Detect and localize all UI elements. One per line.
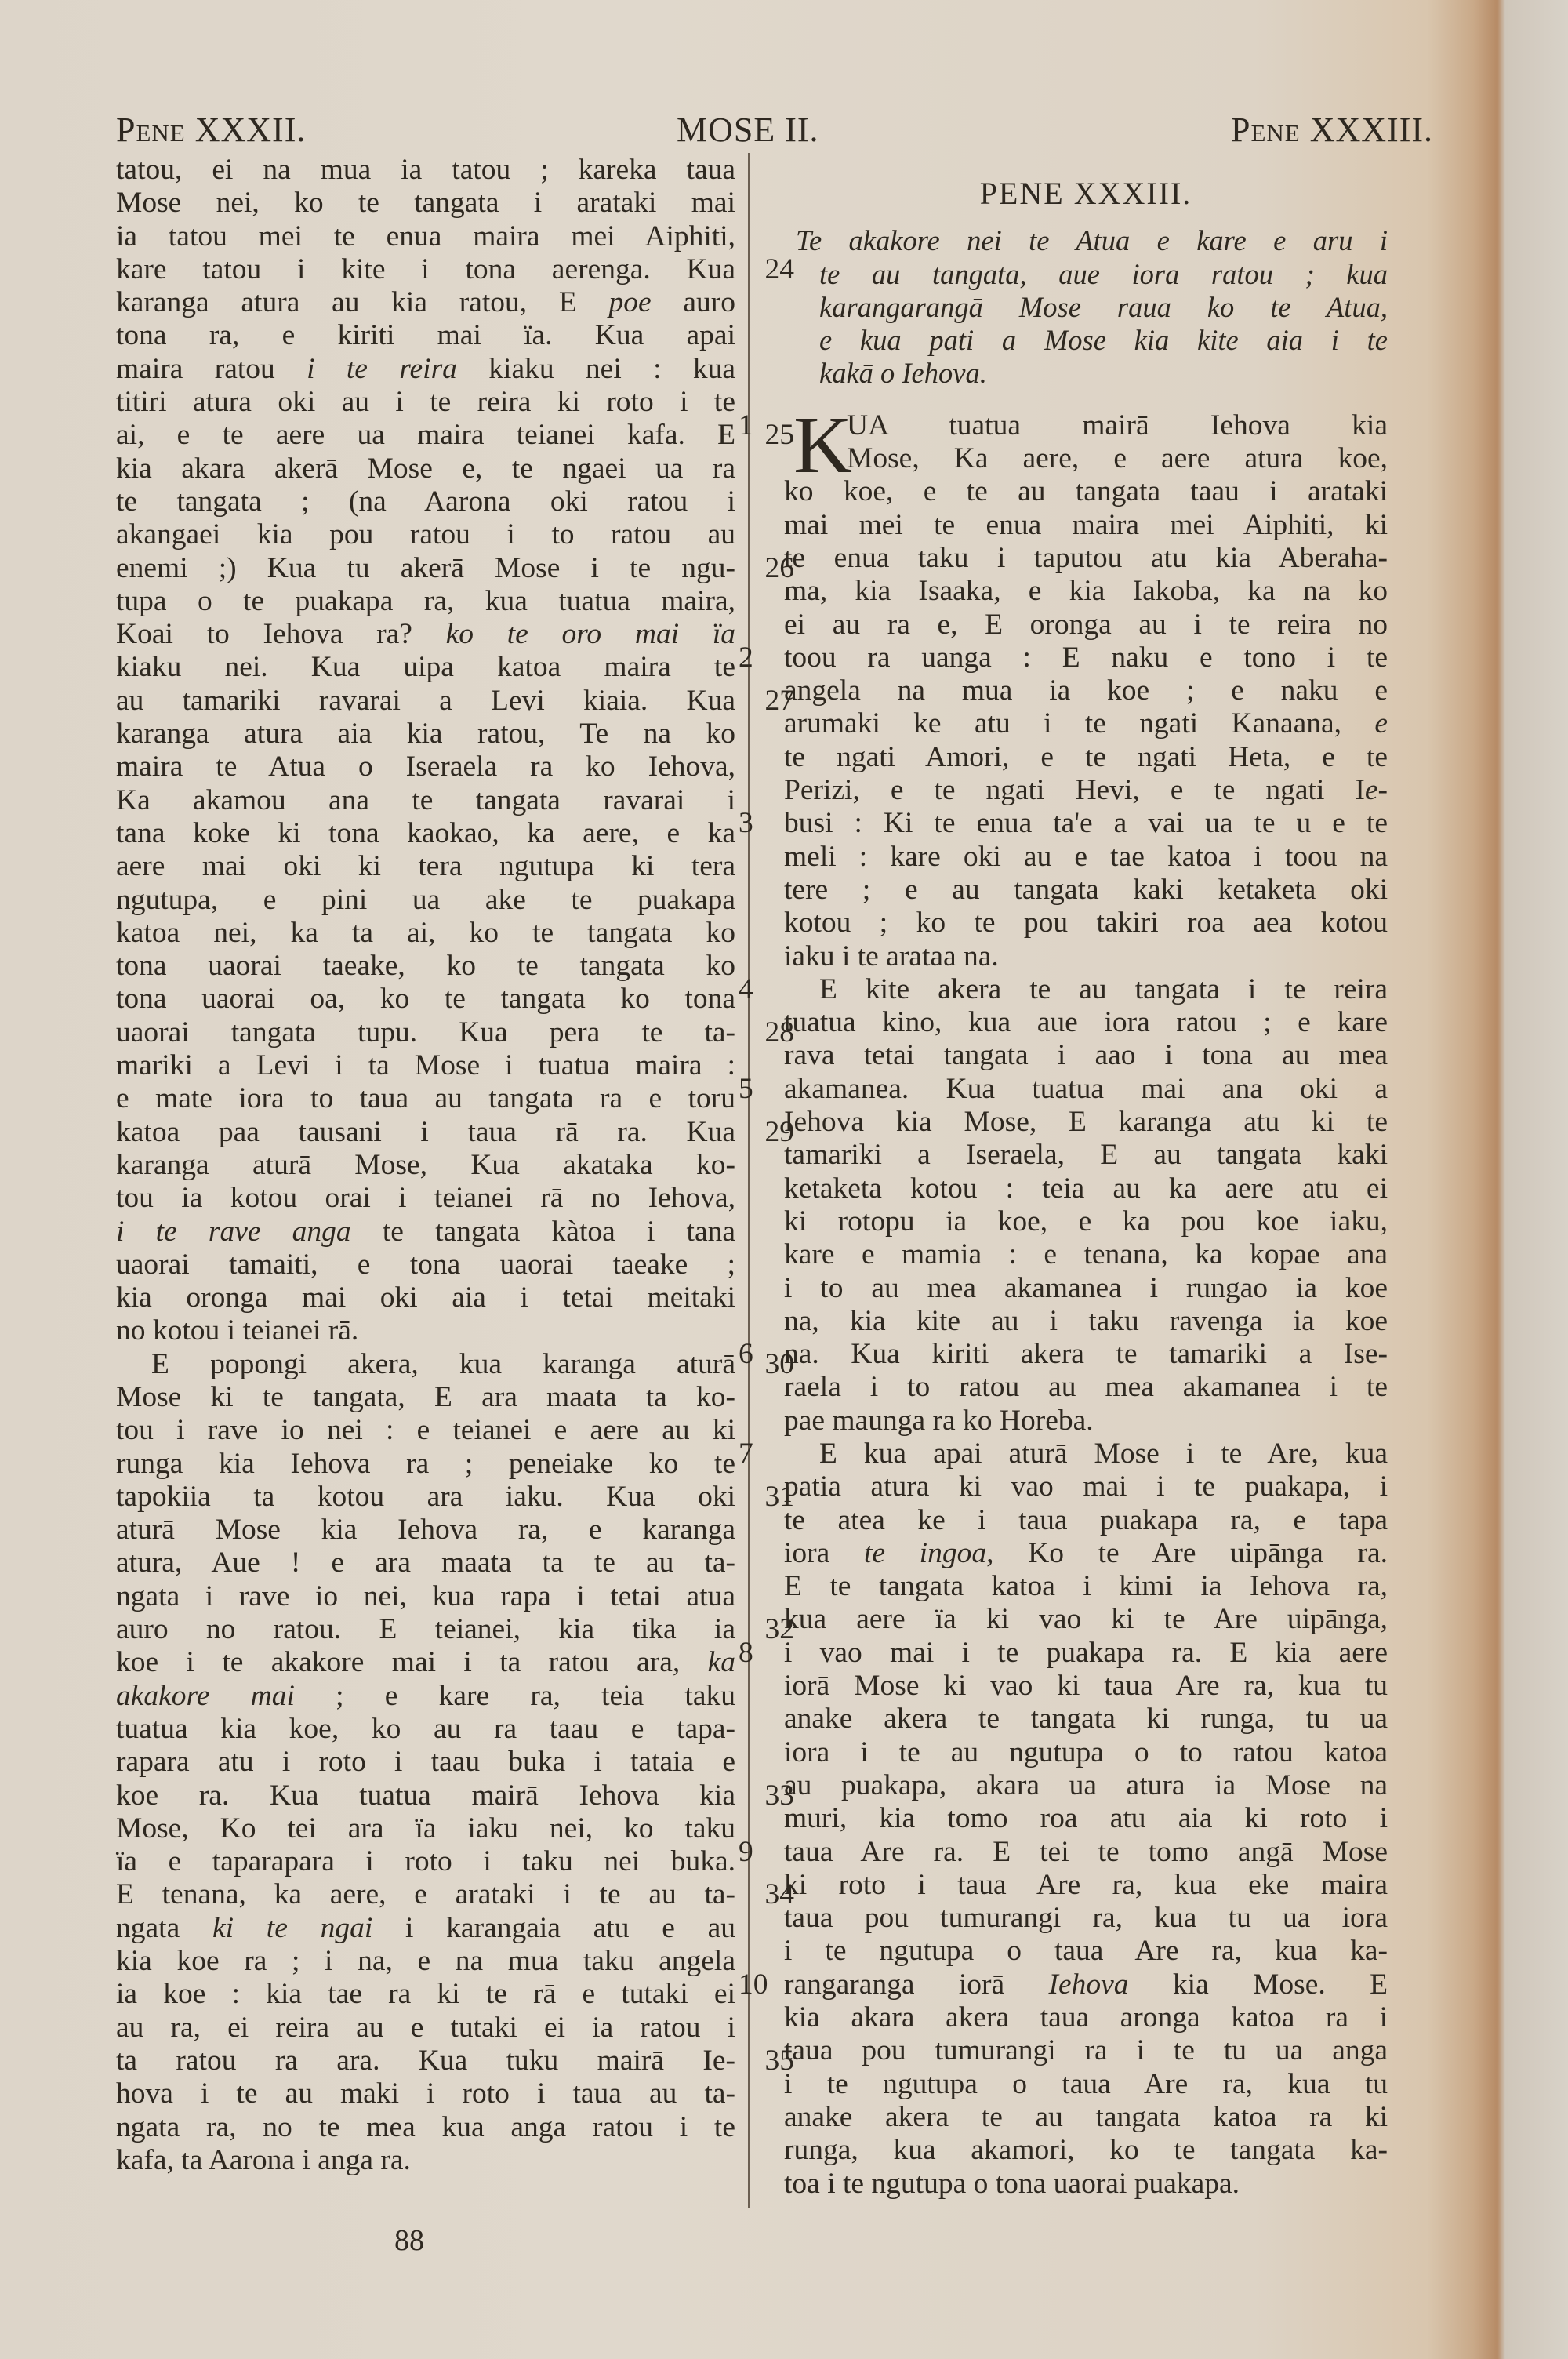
text-line: toou ra uanga : E naku e tono i te2 xyxy=(784,642,1388,674)
running-header: Pene XXXII. MOSE II. Pene XXXIII. xyxy=(116,110,1433,157)
text-line: kia oronga mai oki aia i tetai meitaki xyxy=(116,1281,735,1314)
text-line: kiaku nei. Kua uipa katoa maira te xyxy=(116,651,735,684)
text-line: kia koe ra ; i na, e na mua taku angela xyxy=(116,1945,735,1978)
line-text: maira te Atua o Iseraela ra ko Iehova, xyxy=(116,751,735,783)
summary-line: e kua pati a Mose kia kite aia i te xyxy=(819,324,1388,357)
text-line: anake akera te tangata ki runga, tu ua xyxy=(784,1703,1388,1736)
line-text: tuatua kino, kua aue iora ratou ; e kare xyxy=(784,1006,1388,1038)
text-line: patia atura ki vao mai i te puakapa, i xyxy=(784,1470,1388,1503)
line-text: Ka akamou ana te tangata ravarai i xyxy=(116,784,735,816)
text-line: tuatua kino, kua aue iora ratou ; e kare xyxy=(784,1006,1388,1039)
line-text: no kotou i teianei rā. xyxy=(116,1314,358,1347)
text-line: ngata ki te ngai i karangaia atu e au xyxy=(116,1912,735,1945)
text-line: runga, kua akamori, ko te tangata ka- xyxy=(784,2134,1388,2167)
line-text: ki rotopu ia koe, e ka pou koe iaku, xyxy=(784,1205,1388,1238)
line-text: tuatua kia koe, ko au ra taau e tapa- xyxy=(116,1713,735,1745)
text-line: anake akera te au tangata katoa ra ki xyxy=(784,2101,1388,2134)
text-line: E kite akera te au tangata i te reira4 xyxy=(784,973,1388,1006)
text-line: akangaei kia pou ratou i to ratou au xyxy=(116,518,735,551)
text-line: maira te Atua o Iseraela ra ko Iehova, xyxy=(116,751,735,783)
line-text: iora i te au ngutupa o to ratou katoa xyxy=(784,1736,1388,1768)
text-line: rangaranga iorā Iehova kia Mose. E10 xyxy=(784,1968,1388,2001)
line-text: atura, Aue ! e ara maata ta te au ta- xyxy=(116,1547,735,1579)
text-line: ia tatou mei te enua maira mei Aiphiti, xyxy=(116,220,735,253)
text-line: au tamariki ravarai a Levi kiaia. Kua27 xyxy=(116,685,735,718)
line-text: busi : Ki te enua ta'e a vai ua te u e t… xyxy=(784,807,1388,839)
text-line: na. Kua kiriti akera te tamariki a Ise-6 xyxy=(784,1338,1388,1371)
line-text: i to au mea akamanea i rungao ia koe xyxy=(784,1272,1388,1304)
line-text: kia oronga mai oki aia i tetai meitaki xyxy=(116,1281,735,1314)
line-text: tupa o te puakapa ra, kua tuatua maira, xyxy=(116,585,735,617)
text-line: kare e mamia : e tenana, ka kopae ana xyxy=(784,1238,1388,1271)
verse-number: 4 xyxy=(739,973,753,1006)
text-line: te tangata ; (na Aarona oki ratou i xyxy=(116,485,735,518)
text-line: ngata ra, no te mea kua anga ratou i te xyxy=(116,2111,735,2144)
text-line: tou i rave io nei : e teianei e aere au … xyxy=(116,1414,735,1447)
header-left-chapter: Pene XXXII. xyxy=(116,110,306,150)
line-text: Mose nei, ko te tangata i arataki mai xyxy=(116,187,735,219)
line-text: tou ia kotou orai i teianei rā no Iehova… xyxy=(116,1182,735,1214)
text-line: iora te ingoa, Ko te Are uipānga ra. xyxy=(784,1537,1388,1570)
text-line: atura, Aue ! e ara maata ta te au ta- xyxy=(116,1547,735,1579)
text-line: ki rotopu ia koe, e ka pou koe iaku, xyxy=(784,1205,1388,1238)
text-line: aere mai oki ki tera ngutupa ki tera xyxy=(116,850,735,883)
line-text: i te rave anga te tangata kàtoa i tana xyxy=(116,1216,735,1248)
chapter-summary: Te akakore nei te Atua e kare e aru ite … xyxy=(784,224,1388,409)
line-text: akakore mai ; e kare ra, teia taku xyxy=(116,1680,735,1712)
text-line: arumaki ke atu i te ngati Kanaana, e xyxy=(784,707,1388,740)
text-line: meli : kare oki au e tae katoa i toou na xyxy=(784,841,1388,874)
text-line: karanga atura au kia ratou, E poe auro xyxy=(116,286,735,319)
line-text: mai mei te enua maira mei Aiphiti, ki xyxy=(784,509,1388,541)
text-line: ngutupa, e pini ua ake te puakapa xyxy=(116,884,735,917)
line-text: kare tatou i kite i tona aerenga. Kua xyxy=(116,253,735,285)
line-text: koe ra. Kua tuatua mairā Iehova kia xyxy=(116,1779,735,1812)
right-column: PENE XXXIII. Te akakore nei te Atua e ka… xyxy=(784,154,1388,2201)
line-text: E kua apai aturā Mose i te Are, kua xyxy=(819,1438,1388,1470)
text-line: taua Are ra. E tei te tomo angā Mose9 xyxy=(784,1836,1388,1869)
text-line: ei au ra e, E oronga au i te reira no xyxy=(784,609,1388,642)
line-text: karanga atura aia kia ratou, Te na ko xyxy=(116,718,735,750)
header-right-chapter: Pene XXXIII. xyxy=(1231,110,1433,150)
text-line: titiri atura oki au i te reira ki roto i… xyxy=(116,386,735,419)
text-line: ai, e te aere ua maira teianei kafa. E25 xyxy=(116,419,735,452)
line-text: kia akara akerā Mose e, te ngaei ua ra xyxy=(116,453,735,485)
line-text: i te ngutupa o taua Are ra, kua tu xyxy=(784,2068,1388,2100)
text-line: iorā Mose ki vao ki taua Are ra, kua tu xyxy=(784,1670,1388,1703)
text-line: tona uaorai oa, ko te tangata ko tona xyxy=(116,983,735,1016)
line-text: kafa, ta Aarona i anga ra. xyxy=(116,2144,411,2176)
line-text: ketaketa kotou : teia au ka aere atu ei xyxy=(784,1172,1388,1205)
text-line: akamanea. Kua tuatua mai ana oki a5 xyxy=(784,1073,1388,1106)
text-line: e mate iora to taua au tangata ra e toru xyxy=(116,1082,735,1115)
header-book-title: MOSE II. xyxy=(677,110,819,150)
line-text: tona uaorai oa, ko te tangata ko tona xyxy=(116,983,735,1015)
line-text: ta ratou ra ara. Kua tuku mairā Ie- xyxy=(116,2045,735,2077)
column-divider xyxy=(748,153,750,2208)
text-line: Mose, Ko tei ara ïa iaku nei, ko taku xyxy=(116,1812,735,1845)
line-text: au ra, ei reira au e tutaki ei ia ratou … xyxy=(116,2012,735,2044)
text-line: enemi ;) Kua tu akerā Mose i te ngu-26 xyxy=(116,552,735,585)
line-text: raela i to ratou au mea akamanea i te xyxy=(784,1371,1388,1403)
text-line: runga kia Iehova ra ; peneiake ko te xyxy=(116,1448,735,1481)
line-text: uaorai tamaiti, e tona uaorai taeake ; xyxy=(116,1249,735,1281)
line-text: akangaei kia pou ratou i to ratou au xyxy=(116,518,735,551)
line-text: arumaki ke atu i te ngati Kanaana, e xyxy=(784,707,1388,740)
text-line: uaorai tangata tupu. Kua pera te ta-28 xyxy=(116,1016,735,1049)
text-line: E kua apai aturā Mose i te Are, kua7 xyxy=(784,1438,1388,1470)
line-text: ngata ki te ngai i karangaia atu e au xyxy=(116,1912,735,1944)
line-text: au tamariki ravarai a Levi kiaia. Kua xyxy=(116,685,735,717)
text-line: auro no ratou. E teianei, kia tika ia32 xyxy=(116,1613,735,1646)
line-text: Mose ki te tangata, E ara maata ta ko- xyxy=(116,1381,735,1413)
text-line: E tenana, ka aere, e arataki i te au ta-… xyxy=(116,1878,735,1911)
line-text: meli : kare oki au e tae katoa i toou na xyxy=(784,841,1388,873)
text-line: taua pou tumurangi ra, kua tu ua iora xyxy=(784,1902,1388,1935)
text-line: E te tangata katoa i kimi ia Iehova ra, xyxy=(784,1570,1388,1603)
text-line: tapokiia ta kotou ara iaku. Kua oki31 xyxy=(116,1481,735,1514)
text-line: te atea ke i taua puakapa ra, e tapa xyxy=(784,1504,1388,1537)
line-text: te tangata ; (na Aarona oki ratou i xyxy=(116,485,735,518)
text-line: ma, kia Isaaka, e kia Iakoba, ka na ko xyxy=(784,575,1388,608)
text-line: Koai to Iehova ra? ko te oro mai ïa xyxy=(116,618,735,651)
text-line: katoa nei, ka ta ai, ko te tangata ko xyxy=(116,917,735,950)
line-text: patia atura ki vao mai i te puakapa, i xyxy=(784,1470,1388,1503)
line-text: karanga atura au kia ratou, E poe auro xyxy=(116,286,735,318)
verse-number: 9 xyxy=(739,1836,753,1869)
line-text: enemi ;) Kua tu akerā Mose i te ngu- xyxy=(116,552,735,584)
line-text: anake akera te tangata ki runga, tu ua xyxy=(784,1703,1388,1735)
text-line: akakore mai ; e kare ra, teia taku xyxy=(116,1680,735,1713)
text-line: ta ratou ra ara. Kua tuku mairā Ie-35 xyxy=(116,2045,735,2077)
line-text: ia koe : kia tae ra ki te rā e tutaki ei xyxy=(116,1978,735,2010)
text-line: koe i te akakore mai i ta ratou ara, ka xyxy=(116,1646,735,1679)
text-line: i to au mea akamanea i rungao ia koe xyxy=(784,1272,1388,1305)
text-line: maira ratou i te reira kiaku nei : kua xyxy=(116,353,735,386)
text-line: tamariki a Iseraela, E au tangata kaki xyxy=(784,1139,1388,1172)
text-line: kare tatou i kite i tona aerenga. Kua24 xyxy=(116,253,735,286)
line-text: tana koke ki tona kaokao, ka aere, e ka xyxy=(116,817,735,849)
line-text: uaorai tangata tupu. Kua pera te ta- xyxy=(116,1016,735,1049)
text-line: i vao mai i te puakapa ra. E kia aere8 xyxy=(784,1637,1388,1670)
line-text: te ngati Amori, e te ngati Heta, e te xyxy=(784,741,1388,773)
text-line: au ra, ei reira au e tutaki ei ia ratou … xyxy=(116,2012,735,2045)
line-text: ai, e te aere ua maira teianei kafa. E xyxy=(116,419,735,451)
line-text: taua Are ra. E tei te tomo angā Mose xyxy=(784,1836,1388,1868)
text-line: ngata i rave io nei, kua rapa i tetai at… xyxy=(116,1580,735,1613)
text-line: Mose, Ka aere, e aere atura koe, xyxy=(784,442,1388,475)
text-line: Iehova kia Mose, E karanga atu ki te xyxy=(784,1106,1388,1139)
line-text: maira ratou i te reira kiaku nei : kua xyxy=(116,353,735,385)
text-line: kia akara akera taua aronga katoa ra i xyxy=(784,2001,1388,2034)
line-text: E kite akera te au tangata i te reira xyxy=(819,973,1388,1005)
line-text: na, kia kite au i taku ravenga ia koe xyxy=(784,1305,1388,1337)
text-line: Mose ki te tangata, E ara maata ta ko- xyxy=(116,1381,735,1414)
text-line: ia koe : kia tae ra ki te rā e tutaki ei xyxy=(116,1978,735,2011)
line-text: koe i te akakore mai i ta ratou ara, ka xyxy=(116,1646,735,1678)
line-text: mariki a Levi i ta Mose i tuatua maira : xyxy=(116,1049,735,1081)
line-text: tapokiia ta kotou ara iaku. Kua oki xyxy=(116,1481,735,1513)
text-line: iaku i te arataa na. xyxy=(784,940,1388,973)
line-text: rava tetai tangata i aao i tona au mea xyxy=(784,1039,1388,1071)
line-text: Mose, Ko tei ara ïa iaku nei, ko taku xyxy=(116,1812,735,1845)
line-text: ki roto i taua Are ra, kua eke maira xyxy=(784,1869,1388,1901)
text-line: kia akara akerā Mose e, te ngaei ua ra xyxy=(116,453,735,485)
text-line: tere ; e au tangata kaki ketaketa oki xyxy=(784,874,1388,907)
text-line: au puakapa, akara ua atura ia Mose na xyxy=(784,1769,1388,1802)
summary-line: kakā o Iehova. xyxy=(819,357,1388,390)
line-text: te atea ke i taua puakapa ra, e tapa xyxy=(784,1504,1388,1536)
text-line: te enua taku i taputou atu kia Aberaha- xyxy=(784,542,1388,575)
text-line: koe ra. Kua tuatua mairā Iehova kia33 xyxy=(116,1779,735,1812)
verse-number: 2 xyxy=(739,642,753,674)
line-text: ngutupa, e pini ua ake te puakapa xyxy=(116,884,735,916)
line-text: Perizi, e te ngati Hevi, e te ngati Ie- xyxy=(784,774,1388,806)
line-text: pae maunga ra ko Horeba. xyxy=(784,1405,1094,1437)
line-text: tere ; e au tangata kaki ketaketa oki xyxy=(784,874,1388,906)
line-text: tatou, ei na mua ia tatou ; kareka taua xyxy=(116,154,735,186)
text-line: Perizi, e te ngati Hevi, e te ngati Ie- xyxy=(784,774,1388,807)
line-text: kua aere ïa ki vao ki te Are uipānga, xyxy=(784,1603,1388,1635)
line-text: anake akera te au tangata katoa ra ki xyxy=(784,2101,1388,2133)
summary-line: te au tangata, aue iora ratou ; kua xyxy=(819,258,1388,291)
line-text: kiaku nei. Kua uipa katoa maira te xyxy=(116,651,735,683)
line-text: ïa e taparapara i roto i taku nei buka. xyxy=(116,1845,735,1877)
line-text: i vao mai i te puakapa ra. E kia aere xyxy=(784,1637,1388,1669)
text-line: angela na mua ia koe ; e naku e xyxy=(784,674,1388,707)
line-text: ko koe, e te au tangata taau i arataki xyxy=(784,475,1388,507)
line-text: taua pou tumurangi ra i te tu ua anga xyxy=(784,2034,1388,2066)
verse-number: 5 xyxy=(739,1073,753,1106)
text-line: mariki a Levi i ta Mose i tuatua maira : xyxy=(116,1049,735,1082)
text-line: Ka akamou ana te tangata ravarai i xyxy=(116,784,735,817)
line-text: tona uaorai taeake, ko te tangata ko xyxy=(116,950,735,982)
line-text: taua pou tumurangi ra, kua tu ua iora xyxy=(784,1902,1388,1934)
line-text: E te tangata katoa i kimi ia Iehova ra, xyxy=(784,1570,1388,1602)
text-line: ketaketa kotou : teia au ka aere atu ei xyxy=(784,1172,1388,1205)
text-line: tuatua kia koe, ko au ra taau e tapa- xyxy=(116,1713,735,1746)
line-text: tamariki a Iseraela, E au tangata kaki xyxy=(784,1139,1388,1171)
line-text: tona ra, e kiriti mai ïa. Kua apai xyxy=(116,319,735,351)
line-text: rangaranga iorā Iehova kia Mose. E xyxy=(784,1968,1388,2001)
line-text: toou ra uanga : E naku e tono i te xyxy=(784,642,1388,674)
line-text: ia tatou mei te enua maira mei Aiphiti, xyxy=(116,220,735,253)
line-text: auro no ratou. E teianei, kia tika ia xyxy=(116,1613,735,1645)
line-text: kia akara akera taua aronga katoa ra i xyxy=(784,2001,1388,2034)
line-text: UA tuatua mairā Iehova kia xyxy=(847,409,1388,442)
line-text: ngata ra, no te mea kua anga ratou i te xyxy=(116,2111,735,2143)
line-text: Iehova kia Mose, E karanga atu ki te xyxy=(784,1106,1388,1138)
line-text: karanga aturā Mose, Kua akataka ko- xyxy=(116,1149,735,1181)
text-line: i te ngutupa o taua Are ra, kua tu xyxy=(784,2068,1388,2101)
line-text: aere mai oki ki tera ngutupa ki tera xyxy=(116,850,735,882)
text-line: raela i to ratou au mea akamanea i te xyxy=(784,1371,1388,1404)
next-page-edge xyxy=(1517,1565,1568,1964)
chapter-title: PENE XXXIII. xyxy=(784,177,1388,210)
text-line: ïa e taparapara i roto i taku nei buka. xyxy=(116,1845,735,1878)
line-text: angela na mua ia koe ; e naku e xyxy=(784,674,1388,707)
verse-number: 10 xyxy=(739,1968,768,2001)
line-text: hova i te au maki i roto i taua au ta- xyxy=(116,2077,735,2110)
text-line: tupa o te puakapa ra, kua tuatua maira, xyxy=(116,585,735,618)
line-text: e mate iora to taua au tangata ra e toru xyxy=(116,1082,735,1114)
book-page: Pene XXXII. MOSE II. Pene XXXIII. tatou,… xyxy=(0,0,1568,2359)
text-line: iora i te au ngutupa o to ratou katoa xyxy=(784,1736,1388,1769)
line-text: kare e mamia : e tenana, ka kopae ana xyxy=(784,1238,1388,1270)
text-line: tana koke ki tona kaokao, ka aere, e ka xyxy=(116,817,735,850)
line-text: muri, kia tomo roa atu aia ki roto i xyxy=(784,1802,1388,1834)
text-line: i te ngutupa o taua Are ra, kua ka- xyxy=(784,1935,1388,1968)
verse-number: 7 xyxy=(739,1438,753,1470)
text-line: kua aere ïa ki vao ki te Are uipānga, xyxy=(784,1603,1388,1636)
line-text: E popongi akera, kua karanga aturā xyxy=(151,1348,735,1380)
text-line: mai mei te enua maira mei Aiphiti, ki xyxy=(784,509,1388,542)
text-line: no kotou i teianei rā. xyxy=(116,1314,735,1347)
text-line: rapara atu i roto i taau buka i tataia e xyxy=(116,1746,735,1779)
text-line: karanga atura aia kia ratou, Te na ko xyxy=(116,718,735,751)
summary-line: Te akakore nei te Atua e kare e aru i xyxy=(796,224,1388,257)
text-line: i te rave anga te tangata kàtoa i tana xyxy=(116,1216,735,1249)
line-text: te enua taku i taputou atu kia Aberaha- xyxy=(784,542,1388,574)
text-line: Mose nei, ko te tangata i arataki mai xyxy=(116,187,735,220)
text-line: na, kia kite au i taku ravenga ia koe xyxy=(784,1305,1388,1338)
line-text: na. Kua kiriti akera te tamariki a Ise- xyxy=(784,1338,1388,1370)
line-text: kia koe ra ; i na, e na mua taku angela xyxy=(116,1945,735,1977)
line-text: Mose, Ka aere, e aere atura koe, xyxy=(847,442,1388,474)
text-line: katoa paa tausani i taua rā ra. Kua29 xyxy=(116,1116,735,1149)
verse-number: 8 xyxy=(739,1637,753,1670)
line-text: rapara atu i roto i taau buka i tataia e xyxy=(116,1746,735,1778)
line-text: akamanea. Kua tuatua mai ana oki a xyxy=(784,1073,1388,1105)
text-line: busi : Ki te enua ta'e a vai ua te u e t… xyxy=(784,807,1388,840)
text-line: tou ia kotou orai i teianei rā no Iehova… xyxy=(116,1182,735,1215)
text-line: kotou ; ko te pou takiri roa aea kotou xyxy=(784,907,1388,940)
line-text: katoa paa tausani i taua rā ra. Kua xyxy=(116,1116,735,1148)
text-line: tatou, ei na mua ia tatou ; kareka taua xyxy=(116,154,735,187)
text-line: muri, kia tomo roa atu aia ki roto i xyxy=(784,1802,1388,1835)
text-line: kafa, ta Aarona i anga ra. xyxy=(116,2144,735,2177)
line-text: au puakapa, akara ua atura ia Mose na xyxy=(784,1769,1388,1801)
line-text: tou i rave io nei : e teianei e aere au … xyxy=(116,1414,735,1446)
text-line: tona uaorai taeake, ko te tangata ko xyxy=(116,950,735,983)
text-line: toa i te ngutupa o tona uaorai puakapa. xyxy=(784,2168,1388,2201)
line-text: ei au ra e, E oronga au i te reira no xyxy=(784,609,1388,641)
text-line: tona ra, e kiriti mai ïa. Kua apai xyxy=(116,319,735,352)
line-text: i te ngutupa o taua Are ra, kua ka- xyxy=(784,1935,1388,1967)
text-line: ki roto i taua Are ra, kua eke maira xyxy=(784,1869,1388,1902)
text-line: hova i te au maki i roto i taua au ta- xyxy=(116,2077,735,2110)
line-text: runga, kua akamori, ko te tangata ka- xyxy=(784,2134,1388,2166)
line-text: Koai to Iehova ra? ko te oro mai ïa xyxy=(116,618,735,650)
text-line: ko koe, e te au tangata taau i arataki xyxy=(784,475,1388,508)
verse-number: 6 xyxy=(739,1338,753,1371)
line-text: E tenana, ka aere, e arataki i te au ta- xyxy=(116,1878,735,1910)
text-line: rava tetai tangata i aao i tona au mea xyxy=(784,1039,1388,1072)
line-text: iorā Mose ki vao ki taua Are ra, kua tu xyxy=(784,1670,1388,1702)
summary-line: karangarangā Mose raua ko te Atua, xyxy=(819,291,1388,324)
line-text: toa i te ngutupa o tona uaorai puakapa. xyxy=(784,2168,1240,2200)
verse-number: 3 xyxy=(739,807,753,840)
text-line: E popongi akera, kua karanga aturā30 xyxy=(116,1348,735,1381)
text-line: karanga aturā Mose, Kua akataka ko- xyxy=(116,1149,735,1182)
page-number: 88 xyxy=(394,2223,424,2258)
text-line: aturā Mose kia Iehova ra, e karanga xyxy=(116,1514,735,1547)
text-line: uaorai tamaiti, e tona uaorai taeake ; xyxy=(116,1249,735,1281)
line-text: iora te ingoa, Ko te Are uipānga ra. xyxy=(784,1537,1388,1569)
chapter-body: K UA tuatua mairā Iehova kia1Mose, Ka ae… xyxy=(784,409,1388,2201)
line-text: aturā Mose kia Iehova ra, e karanga xyxy=(116,1514,735,1546)
line-text: katoa nei, ka ta ai, ko te tangata ko xyxy=(116,917,735,949)
verse-number: 1 xyxy=(739,409,753,442)
text-line: pae maunga ra ko Horeba. xyxy=(784,1405,1388,1438)
text-line: te ngati Amori, e te ngati Heta, e te xyxy=(784,741,1388,774)
line-text: kotou ; ko te pou takiri roa aea kotou xyxy=(784,907,1388,939)
line-text: ngata i rave io nei, kua rapa i tetai at… xyxy=(116,1580,735,1612)
text-line: UA tuatua mairā Iehova kia1 xyxy=(784,409,1388,442)
text-line: taua pou tumurangi ra i te tu ua anga xyxy=(784,2034,1388,2067)
line-text: iaku i te arataa na. xyxy=(784,940,999,972)
line-text: ma, kia Isaaka, e kia Iakoba, ka na ko xyxy=(784,575,1388,607)
left-column: tatou, ei na mua ia tatou ; kareka tauaM… xyxy=(116,154,735,2177)
line-text: runga kia Iehova ra ; peneiake ko te xyxy=(116,1448,735,1480)
line-text: titiri atura oki au i te reira ki roto i… xyxy=(116,386,735,418)
